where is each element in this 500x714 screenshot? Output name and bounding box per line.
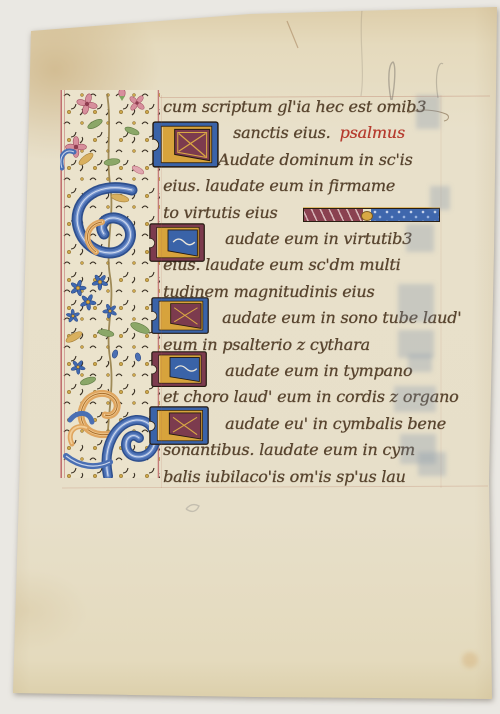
text-line: cum scriptum gl'ia hec est omib3: [163, 94, 426, 120]
text-line: audate eum in sono tube laud': [222, 305, 461, 331]
illuminated-initial-L-4: [151, 351, 208, 392]
leaf-shadow: cum scriptum gl'ia hec est omib3 sanctis…: [0, 0, 500, 714]
text-line: Audate dominum in sc'is: [218, 147, 412, 173]
illuminated-initial-L-1: [152, 121, 220, 173]
filler-maroon-segment: [304, 209, 363, 221]
photo-background: cum scriptum gl'ia hec est omib3 sanctis…: [0, 0, 500, 714]
illuminated-initial-L-5: [149, 406, 210, 450]
illuminated-initial-L-2: [149, 223, 206, 267]
text-line: sanctis eius.psalmus: [233, 120, 405, 146]
text-line: eius. laudate eum in firmame: [163, 173, 395, 199]
filler-blue-segment: [371, 209, 439, 221]
text-line: audate eum in tympano: [225, 358, 412, 384]
floral-border: [60, 90, 160, 478]
text-line-main: sanctis eius.: [233, 123, 330, 142]
text-line: audate eu' in cymbalis bene: [225, 411, 446, 437]
illuminated-initial-L-3: [151, 297, 210, 339]
rubric-psalmus: psalmus: [339, 123, 404, 142]
line-filler-bar: [303, 208, 440, 222]
manuscript-leaf: cum scriptum gl'ia hec est omib3 sanctis…: [0, 0, 500, 714]
text-line: balis iubilaco'is om'is sp'us lau: [163, 464, 406, 490]
text-line: audate eum in virtutib3: [225, 226, 412, 252]
